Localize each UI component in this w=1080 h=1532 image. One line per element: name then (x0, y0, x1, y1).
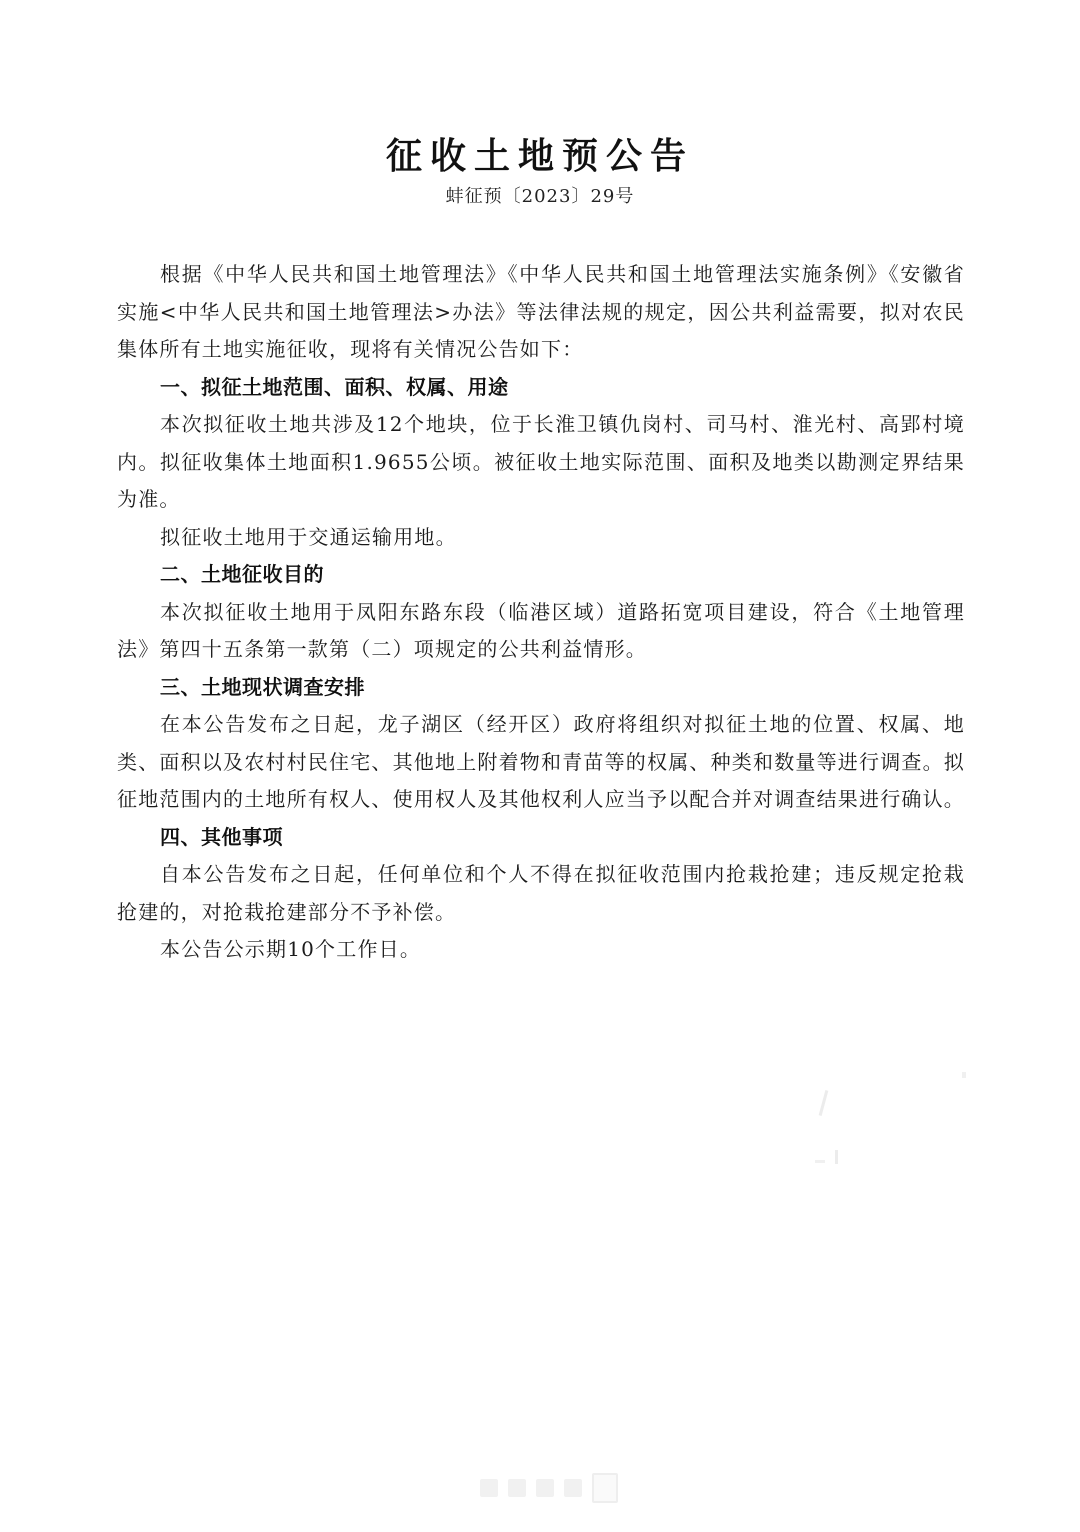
section-heading: 一、拟征土地范围、面积、权属、用途 (117, 369, 965, 407)
section-paragraph: 在本公告发布之日起，龙子湖区（经开区）政府将组织对拟征土地的位置、权属、地类、面… (117, 706, 965, 819)
section-heading: 二、土地征收目的 (117, 556, 965, 594)
document-number: 蚌征预〔2023〕29号 (0, 182, 1080, 208)
section-4: 四、其他事项 自本公告发布之日起，任何单位和个人不得在拟征收范围内抢栽抢建；违反… (117, 819, 965, 969)
section-paragraph: 本次拟征收土地用于凤阳东路东段（临港区域）道路拓宽项目建设，符合《土地管理法》第… (117, 594, 965, 669)
watermark-icon (480, 1475, 620, 1501)
document-body: 根据《中华人民共和国土地管理法》《中华人民共和国土地管理法实施条例》《安徽省实施… (117, 256, 965, 969)
section-paragraph: 自本公告发布之日起，任何单位和个人不得在拟征收范围内抢栽抢建；违反规定抢栽抢建的… (117, 856, 965, 931)
section-paragraph: 本公告公示期10个工作日。 (117, 931, 965, 969)
section-heading: 四、其他事项 (117, 819, 965, 857)
intro-paragraph: 根据《中华人民共和国土地管理法》《中华人民共和国土地管理法实施条例》《安徽省实施… (117, 256, 965, 369)
section-paragraph: 拟征收土地用于交通运输用地。 (117, 519, 965, 557)
section-paragraph: 本次拟征收土地共涉及12个地块，位于长淮卫镇仇岗村、司马村、淮光村、高郢村境内。… (117, 406, 965, 519)
document-title: 征收土地预公告 (0, 128, 1080, 179)
section-3: 三、土地现状调查安排 在本公告发布之日起，龙子湖区（经开区）政府将组织对拟征土地… (117, 669, 965, 819)
section-1: 一、拟征土地范围、面积、权属、用途 本次拟征收土地共涉及12个地块，位于长淮卫镇… (117, 369, 965, 557)
section-heading: 三、土地现状调查安排 (117, 669, 965, 707)
section-2: 二、土地征收目的 本次拟征收土地用于凤阳东路东段（临港区域）道路拓宽项目建设，符… (117, 556, 965, 669)
